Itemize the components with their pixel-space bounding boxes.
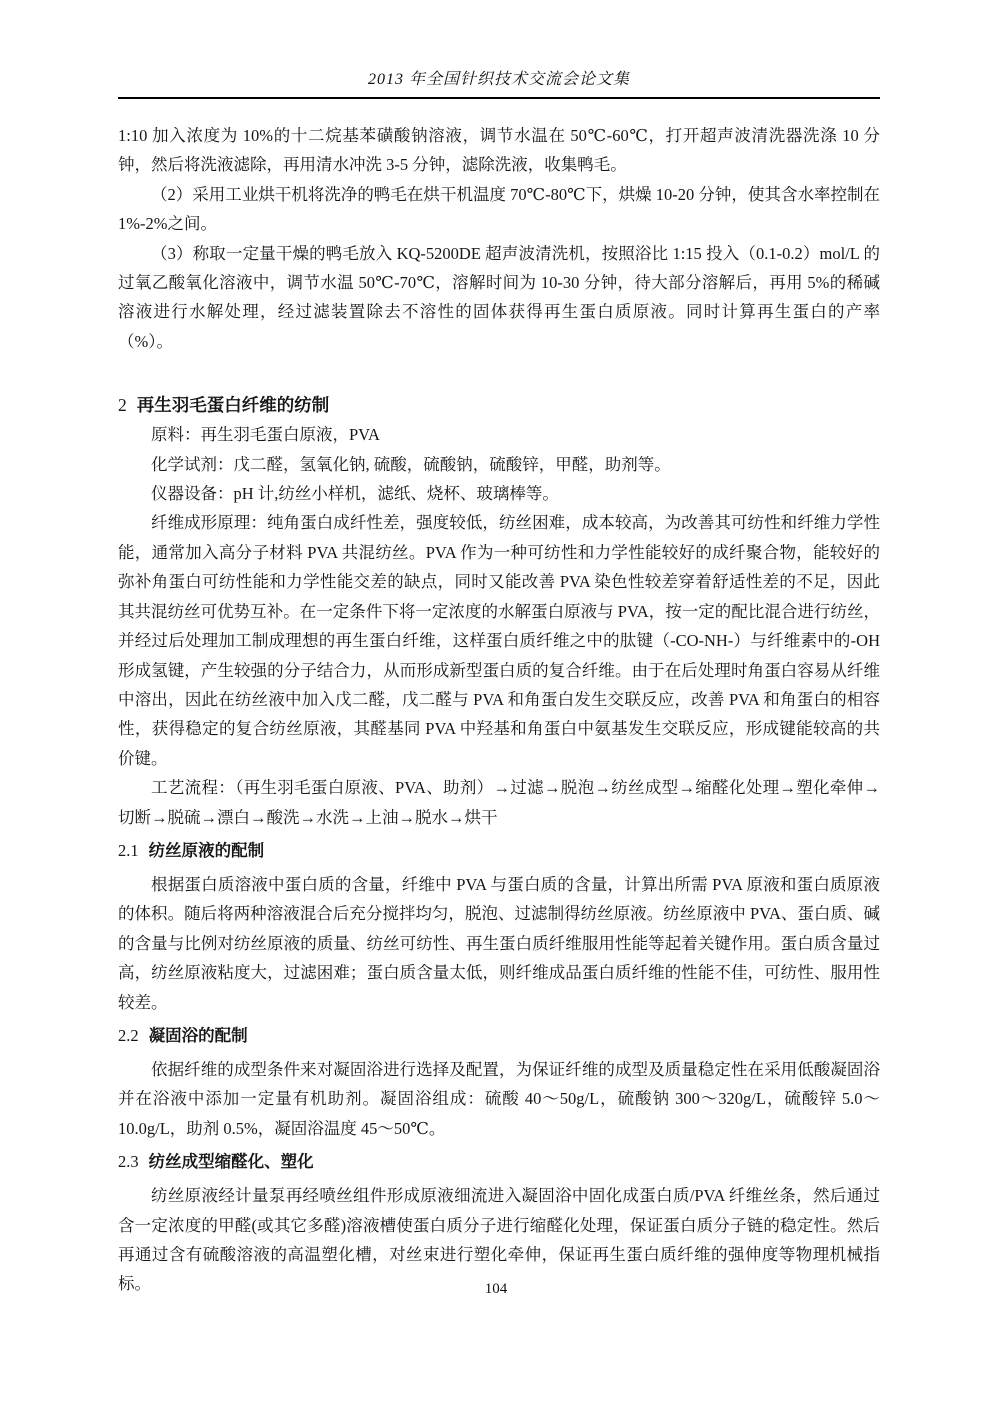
line-chemicals: 化学试剂：戊二醛，氢氧化钠, 硫酸，硫酸钠，硫酸锌，甲醛，助剂等。 [118, 450, 880, 479]
paragraph-dissolving-step3: （3）称取一定量干燥的鸭毛放入 KQ-5200DE 超声波清洗机，按照浴比 1:… [118, 239, 880, 357]
line-materials: 原料：再生羽毛蛋白原液，PVA [118, 420, 880, 449]
section-2-3-title: 纺丝成型缩醛化、塑化 [149, 1153, 314, 1171]
section-2-heading: 2再生羽毛蛋白纤维的纺制 [118, 390, 880, 420]
section-2-title: 再生羽毛蛋白纤维的纺制 [137, 395, 330, 415]
paper-page: 2013 年全国针织技术交流会论文集 1:10 加入浓度为 10%的十二烷基苯磺… [0, 0, 992, 1403]
content-column: 2013 年全国针织技术交流会论文集 1:10 加入浓度为 10%的十二烷基苯磺… [118, 0, 880, 1299]
section-2-3-heading: 2.3纺丝成型缩醛化、塑化 [118, 1147, 880, 1177]
section-2-2-number: 2.2 [118, 1026, 139, 1045]
section-2-2-title: 凝固浴的配制 [149, 1027, 248, 1045]
paragraph-fiber-forming-principle: 纤维成形原理：纯角蛋白成纤性差，强度较低，纺丝困难，成本较高，为改善其可纺性和纤… [118, 508, 880, 773]
section-2-1-number: 2.1 [118, 841, 139, 860]
section-2-1-title: 纺丝原液的配制 [149, 842, 265, 860]
paragraph-process-flow: 工艺流程：（再生羽毛蛋白原液、PVA、助剂）→过滤→脱泡→纺丝成型→缩醛化处理→… [118, 773, 880, 832]
section-2-3-number: 2.3 [118, 1152, 139, 1171]
line-equipment: 仪器设备：pH 计,纺丝小样机，滤纸、烧杯、玻璃棒等。 [118, 479, 880, 508]
section-2-1-heading: 2.1纺丝原液的配制 [118, 836, 880, 866]
running-head-title: 2013 年全国针织技术交流会论文集 [118, 66, 880, 89]
section-2-number: 2 [118, 395, 127, 415]
paragraph-coagulation-bath: 依据纤维的成型条件来对凝固浴进行选择及配置，为保证纤维的成型及质量稳定性在采用低… [118, 1055, 880, 1143]
page-number: 104 [0, 1281, 992, 1298]
section-2-2-heading: 2.2凝固浴的配制 [118, 1021, 880, 1051]
body-text: 1:10 加入浓度为 10%的十二烷基苯磺酸钠溶液，调节水温在 50℃-60℃，… [118, 121, 880, 1299]
header-rule [118, 97, 880, 99]
paragraph-washing: 1:10 加入浓度为 10%的十二烷基苯磺酸钠溶液，调节水温在 50℃-60℃，… [118, 121, 880, 180]
paragraph-drying-step2: （2）采用工业烘干机将洗净的鸭毛在烘干机温度 70℃-80℃下，烘燥 10-20… [118, 180, 880, 239]
paragraph-spinning-dope: 根据蛋白质溶液中蛋白质的含量，纤维中 PVA 与蛋白质的含量，计算出所需 PVA… [118, 870, 880, 1017]
